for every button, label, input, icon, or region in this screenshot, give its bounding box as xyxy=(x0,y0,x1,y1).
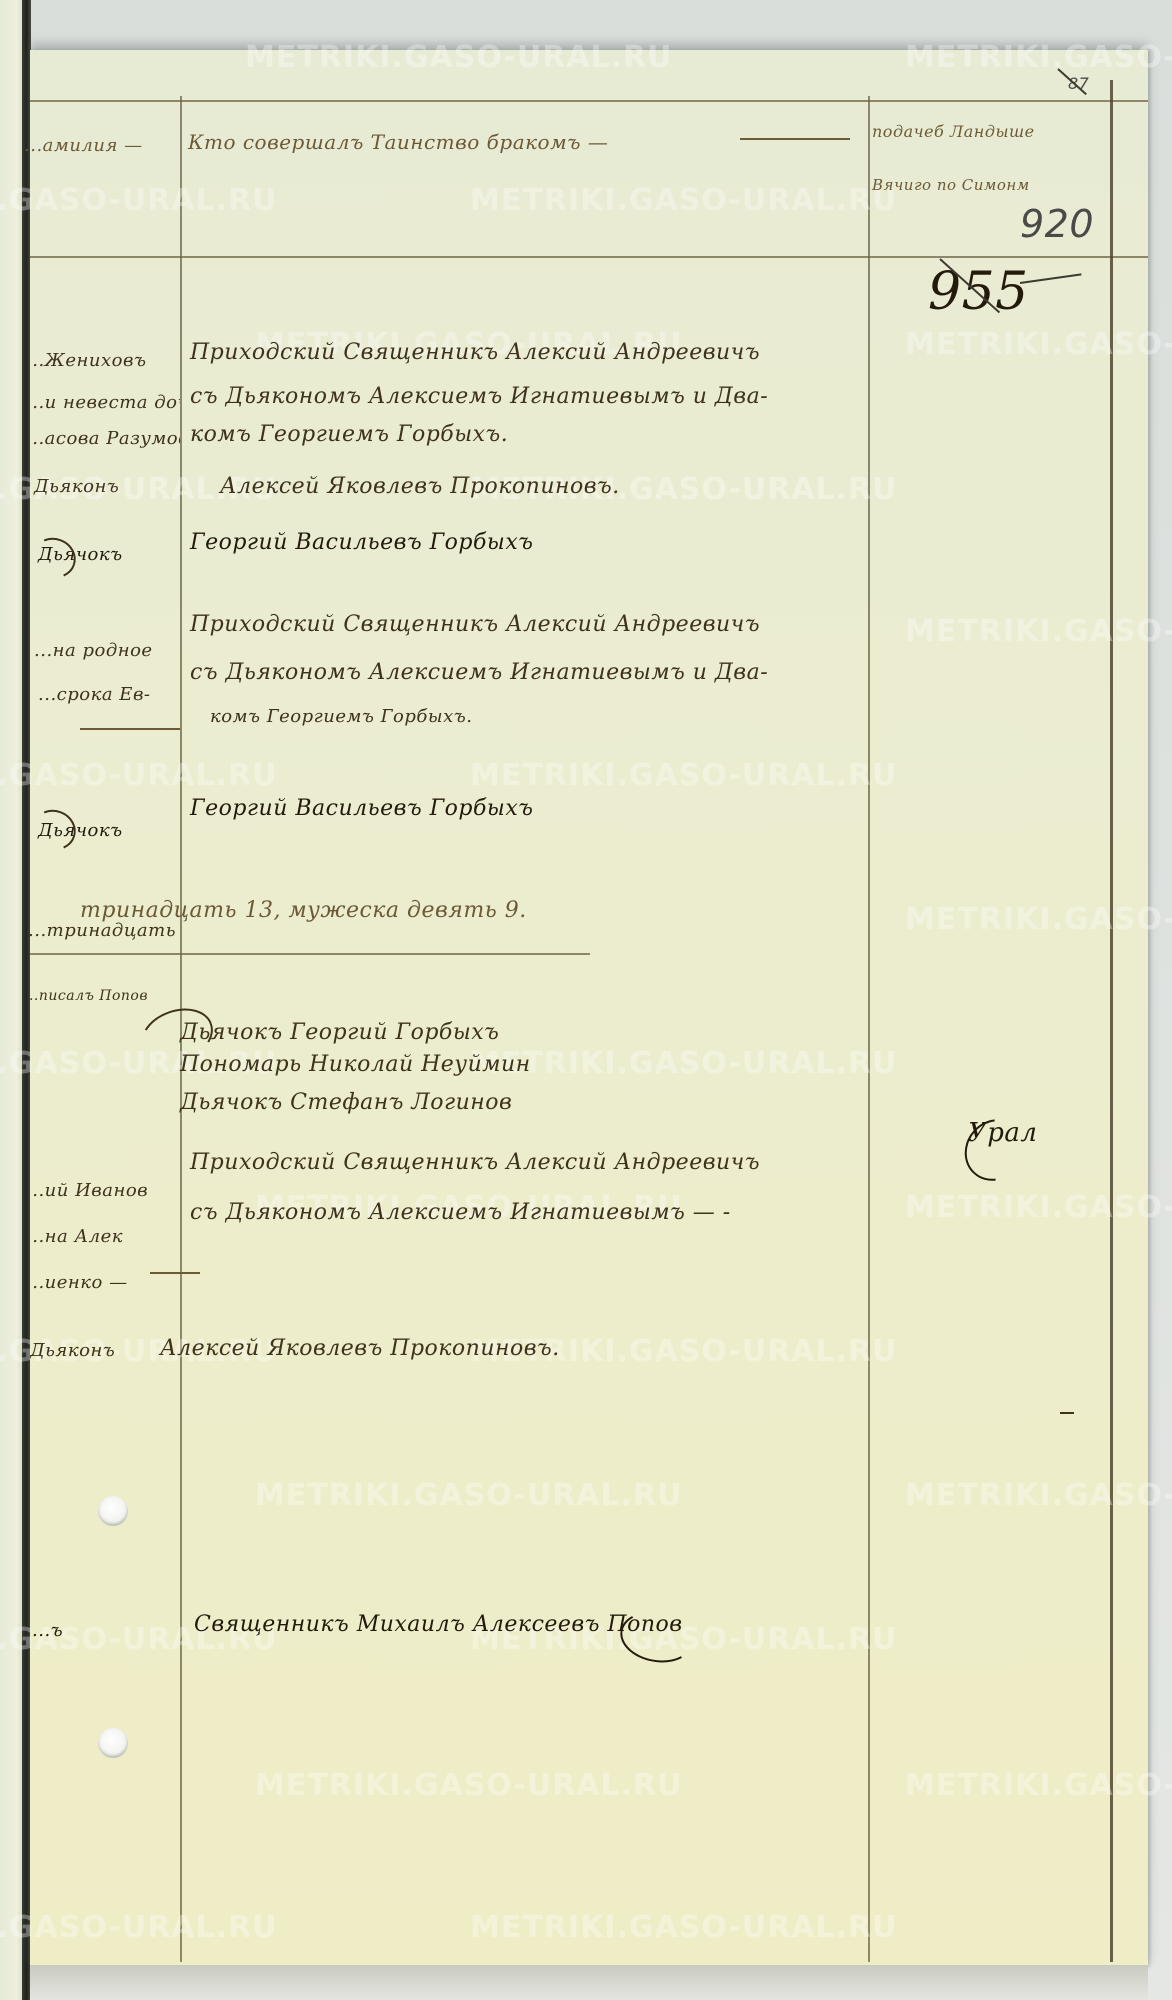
margin-text: ...на Алек xyxy=(30,1226,123,1247)
dash-mark xyxy=(740,138,850,140)
entry-line: Георгий Васильевъ Горбыхъ xyxy=(190,530,533,555)
page-number: 87 xyxy=(1068,74,1089,93)
stray-mark xyxy=(1060,1412,1074,1414)
margin-text: ...асова Разумова xyxy=(30,428,180,449)
margin-text: ...на родное xyxy=(34,640,153,661)
header-bottom-rule xyxy=(30,256,1148,258)
entry-line: комъ Георгиемъ Горбыхъ. xyxy=(210,706,472,727)
margin-text: ...срока Ев- xyxy=(38,684,151,705)
margin-text: ...Жениховъ xyxy=(30,350,146,371)
page-bottom-shadow xyxy=(30,1965,1148,2000)
margin-text: ...писалъ Попов xyxy=(30,988,148,1004)
entry-line: Алексей Яковлевъ Прокопиновъ. xyxy=(160,1336,560,1361)
register-page xyxy=(30,50,1148,1967)
right-edge-rule xyxy=(1110,80,1113,1962)
record-column-rule xyxy=(868,96,870,1962)
margin-text: ...иенко — xyxy=(30,1272,128,1293)
margin-text: ...тринадцать xyxy=(30,920,176,941)
document-scan: METRIKI.GASO-URAL.RU METRIKI.GASO-URAL.R… xyxy=(0,0,1172,2000)
margin-column: ...Жениховъ ...и невеста дочь ...асова Р… xyxy=(30,50,180,1967)
facing-page-edge xyxy=(0,0,24,2000)
entry-line: Алексей Яковлевъ Прокопиновъ. xyxy=(220,474,620,499)
margin-text: ...ий Иванов xyxy=(30,1180,148,1201)
entry-line: съ Дьякономъ Алексиемъ Игнатиевымъ и Два… xyxy=(190,660,768,685)
margin-text: Дьяконъ xyxy=(30,1340,115,1361)
margin-dash xyxy=(80,728,180,730)
entry-line: тринадцать 13, мужеска девять 9. xyxy=(80,898,527,923)
entry-line: комъ Георгиемъ Горбыхъ. xyxy=(190,422,508,447)
entry-line: съ Дьякономъ Алексиемъ Игнатиевымъ и Два… xyxy=(190,384,768,409)
witness-line: Дьячокъ Стефанъ Логинов xyxy=(180,1090,512,1115)
header-number: 920 xyxy=(1020,202,1094,246)
header-right-line-2: Вячиго по Симонм xyxy=(872,176,1030,194)
margin-text: ...и невеста дочь xyxy=(30,392,180,413)
entry-line: Приходский Священникъ Алексий Андреевичъ xyxy=(190,1150,760,1175)
header-top-rule xyxy=(30,100,1148,102)
header-middle-column: Кто совершалъ Таинство бракомъ — xyxy=(188,130,608,154)
entry-line: Приходский Священникъ Алексий Андреевичъ xyxy=(190,340,760,365)
margin-text: ...ъ xyxy=(32,1620,63,1641)
entry-line: Георгий Васильевъ Горбыхъ xyxy=(190,796,533,821)
margin-dash xyxy=(150,1272,200,1274)
witness-line: Дьячокъ Георгий Горбыхъ xyxy=(180,1020,499,1045)
entry-line: съ Дьякономъ Алексиемъ Игнатиевымъ — - xyxy=(190,1200,731,1225)
header-right-line-1: подачеб Ландыше xyxy=(872,122,1035,141)
priest-signature: Священникъ Михаилъ Алексеевъ Попов xyxy=(194,1612,683,1637)
entry-line: Приходский Священникъ Алексий Андреевичъ xyxy=(190,612,760,637)
margin-text: Дьяконъ xyxy=(34,476,119,497)
witness-line: Пономарь Николай Неуймин xyxy=(180,1052,531,1077)
